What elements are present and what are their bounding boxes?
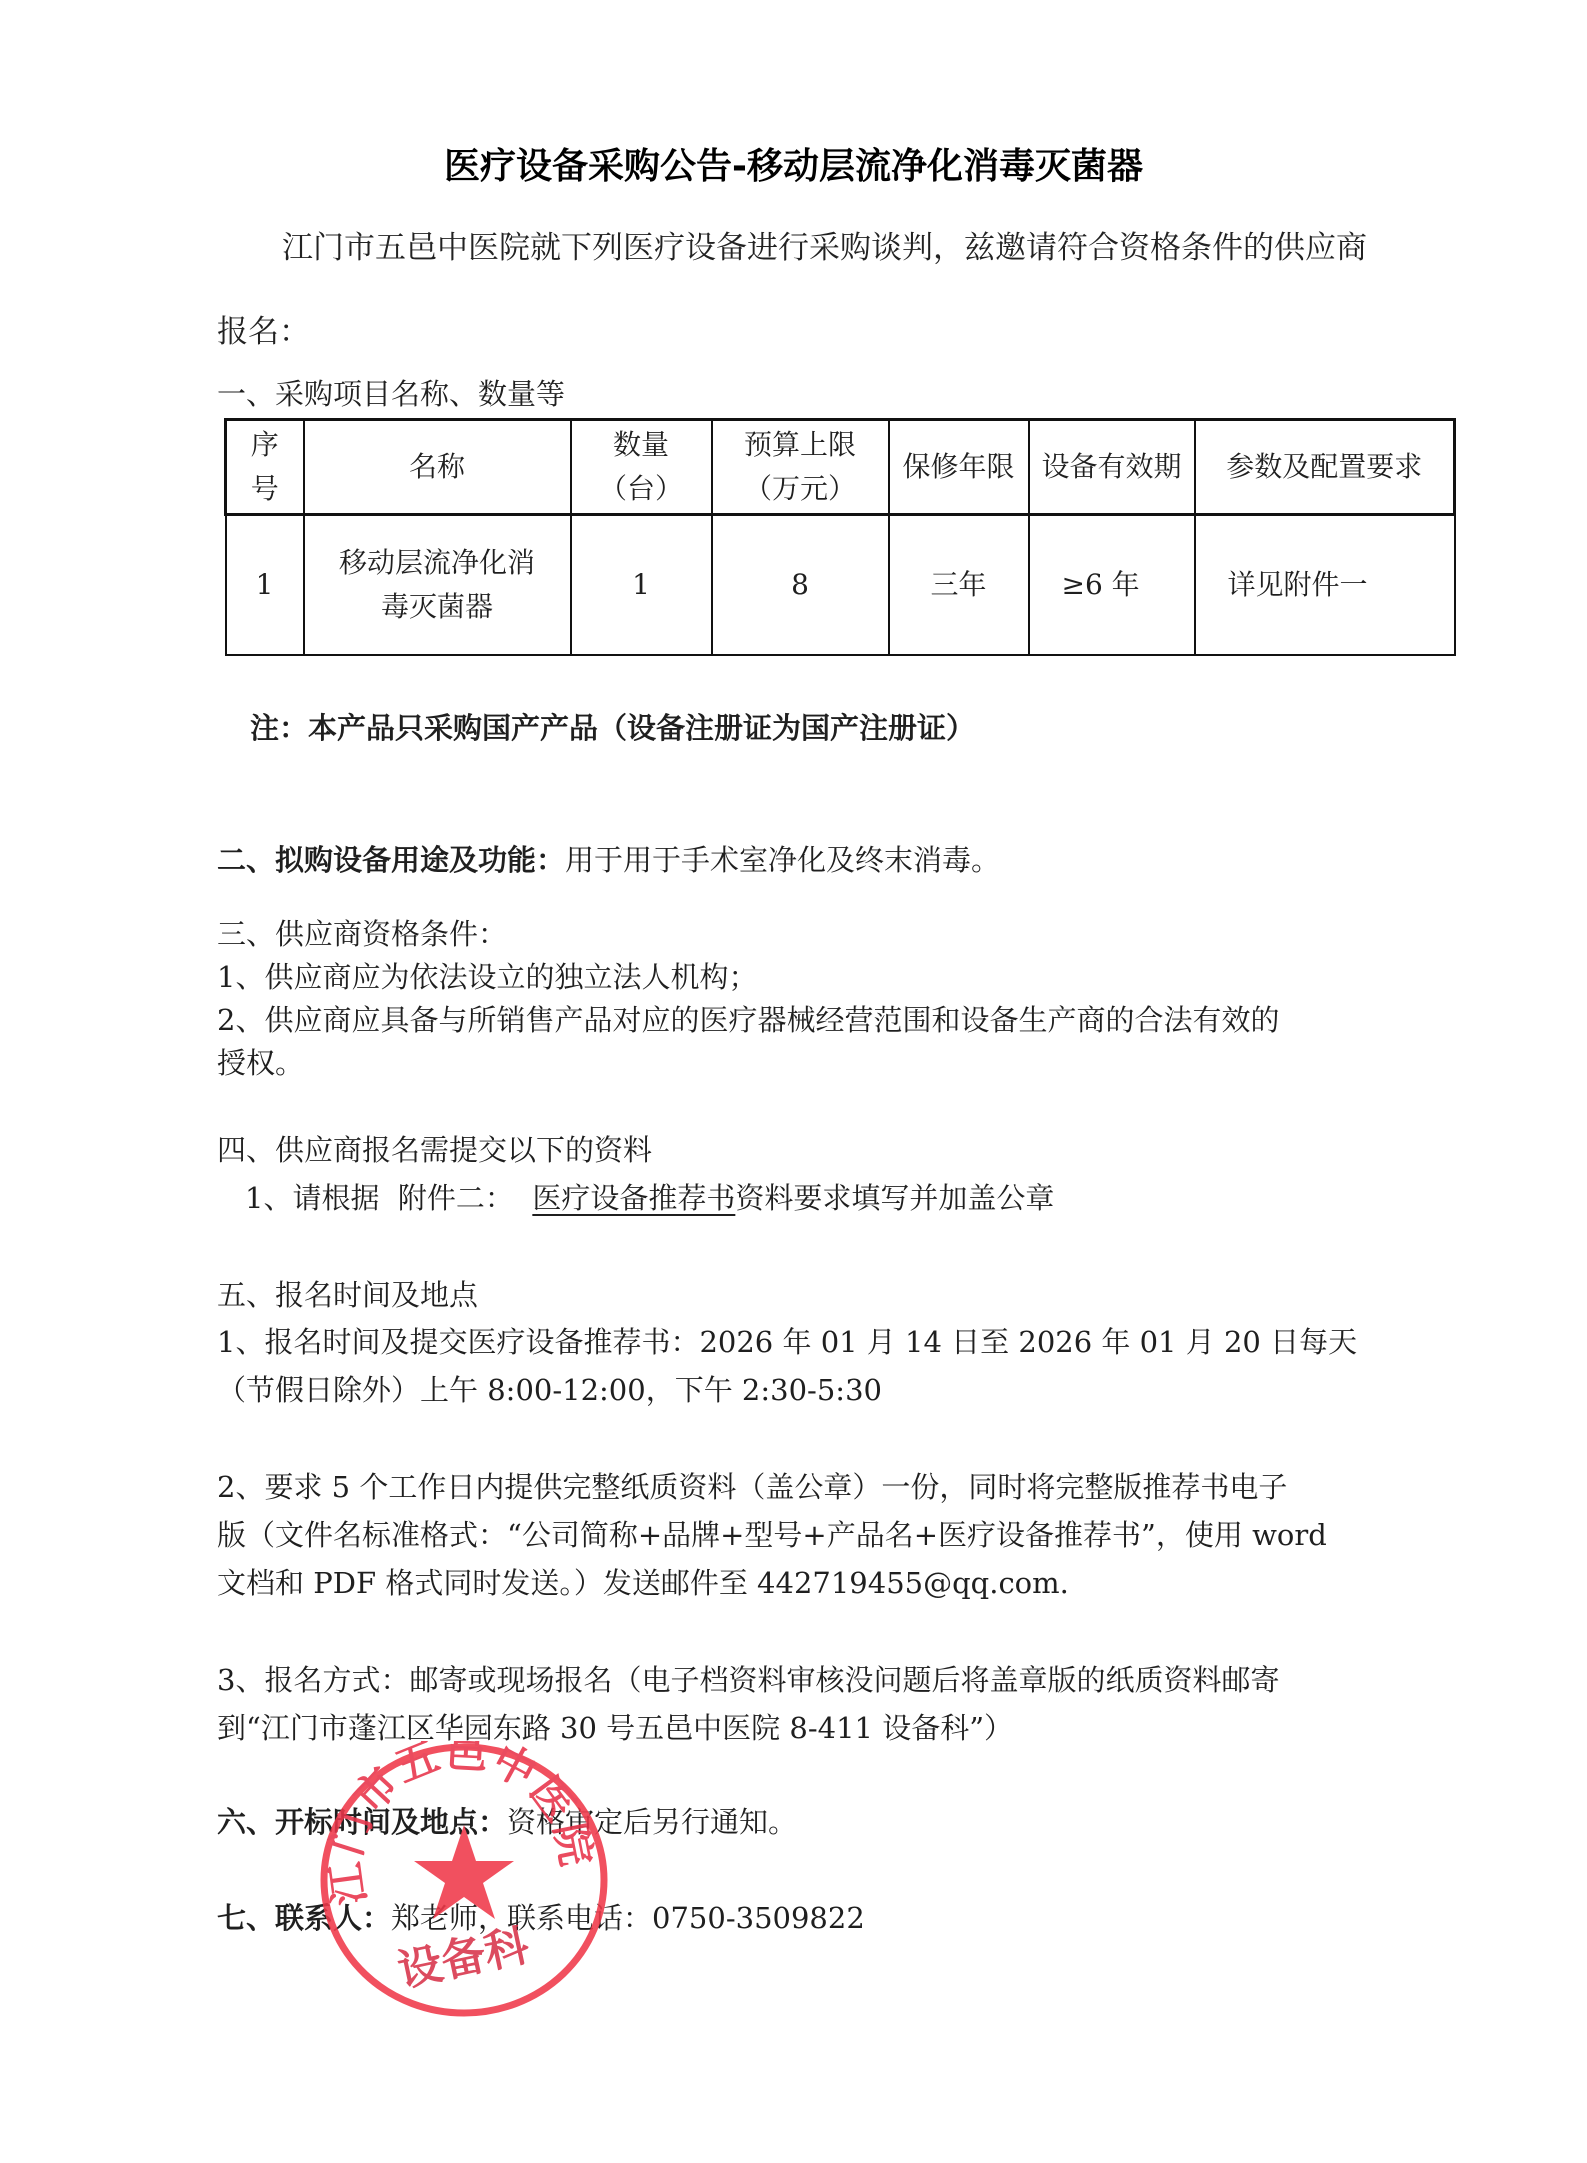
col-header-budget: 预算上限（万元） xyxy=(712,420,889,515)
section-5-item-2-line-2: 版（文件名标准格式：“公司简称+品牌+型号+产品名+医疗设备推荐书”，使用 wo… xyxy=(217,1513,1327,1554)
section-7-heading: 七、联系人： xyxy=(217,1901,391,1935)
cell-budget: 8 xyxy=(712,515,889,656)
intro-line-2: 报名： xyxy=(217,306,310,351)
section-2-text: 用于用于手术室净化及终末消毒。 xyxy=(565,843,1000,877)
cell-warranty: 三年 xyxy=(889,515,1029,656)
section-1-heading: 一、采购项目名称、数量等 xyxy=(217,372,565,413)
col-header-warranty: 保修年限 xyxy=(889,420,1029,515)
section-5-item-3-line-1: 3、报名方式：邮寄或现场报名（电子档资料审核没问题后将盖章版的纸质资料邮寄 xyxy=(217,1658,1279,1699)
section-5-heading: 五、报名时间及地点 xyxy=(217,1273,478,1314)
section-2-heading: 二、拟购设备用途及功能： xyxy=(217,843,565,877)
section-2: 二、拟购设备用途及功能：用于用于手术室净化及终末消毒。 xyxy=(217,838,1000,879)
section-3-item-2: 2、供应商应具备与所销售产品对应的医疗器械经营范围和设备生产商的合法有效的 xyxy=(217,998,1279,1039)
intro-line-1: 江门市五邑中医院就下列医疗设备进行采购谈判，兹邀请符合资格条件的供应商 xyxy=(282,222,1367,267)
section-6-heading: 六、开标时间及地点： xyxy=(217,1805,507,1839)
col-header-index: 序号 xyxy=(226,420,304,515)
section-7-text: 郑老师，联系电话：0750-3509822 xyxy=(391,1901,865,1935)
cell-index: 1 xyxy=(226,515,304,656)
col-header-name: 名称 xyxy=(304,420,571,515)
col-header-quantity: 数量（台） xyxy=(571,420,712,515)
cell-name: 移动层流净化消毒灭菌器 xyxy=(304,515,571,656)
section-5-item-1-line-1: 1、报名时间及提交医疗设备推荐书：2026 年 01 月 14 日至 2026 … xyxy=(217,1320,1357,1361)
cell-quantity: 1 xyxy=(571,515,712,656)
col-header-spec: 参数及配置要求 xyxy=(1195,420,1455,515)
procurement-table: 序号 名称 数量（台） 预算上限（万元） 保修年限 设备有效期 参数及配置要求 … xyxy=(224,418,1456,656)
section-5-item-1-line-2: （节假日除外）上午 8:00-12:00，下午 2:30-5:30 xyxy=(217,1368,882,1409)
section-7: 七、联系人：郑老师，联系电话：0750-3509822 xyxy=(217,1896,865,1937)
cell-validity: ≥6 年 xyxy=(1029,515,1195,656)
table-header-row: 序号 名称 数量（台） 预算上限（万元） 保修年限 设备有效期 参数及配置要求 xyxy=(226,420,1455,515)
recommendation-form-link[interactable]: 医疗设备推荐书 xyxy=(532,1181,735,1215)
page-title: 医疗设备采购公告-移动层流净化消毒灭菌器 xyxy=(0,138,1587,189)
domestic-note: 注：本产品只采购国产产品（设备注册证为国产注册证） xyxy=(250,706,975,747)
section-5-item-2-line-3: 文档和 PDF 格式同时发送。）发送邮件至 442719455@qq.com. xyxy=(217,1561,1069,1602)
official-seal-stamp: 江门市五邑中医院 设备科 xyxy=(318,1741,610,2019)
section-3-item-2-cont: 授权。 xyxy=(217,1041,304,1082)
document-page: 医疗设备采购公告-移动层流净化消毒灭菌器 江门市五邑中医院就下列医疗设备进行采购… xyxy=(0,0,1587,2163)
section-3-heading: 三、供应商资格条件： xyxy=(217,912,507,953)
section-5-item-3-line-2: 到“江门市蓬江区华园东路 30 号五邑中医院 8-411 设备科”） xyxy=(217,1706,1013,1747)
section-4-heading: 四、供应商报名需提交以下的资料 xyxy=(217,1128,652,1169)
section-5-item-2-line-1: 2、要求 5 个工作日内提供完整纸质资料（盖公章）一份，同时将完整版推荐书电子 xyxy=(217,1465,1287,1506)
table-row: 1 移动层流净化消毒灭菌器 1 8 三年 ≥6 年 详见附件一 xyxy=(226,515,1455,656)
cell-spec: 详见附件一 xyxy=(1195,515,1455,656)
col-header-validity: 设备有效期 xyxy=(1029,420,1195,515)
section-6-text: 资格审定后另行通知。 xyxy=(507,1805,797,1839)
section-4-item-1: 1、请根据 附件二： 医疗设备推荐书资料要求填写并加盖公章 xyxy=(245,1176,1054,1217)
section-3-item-1: 1、供应商应为依法设立的独立法人机构； xyxy=(217,955,757,996)
section-6: 六、开标时间及地点：资格审定后另行通知。 xyxy=(217,1800,797,1841)
